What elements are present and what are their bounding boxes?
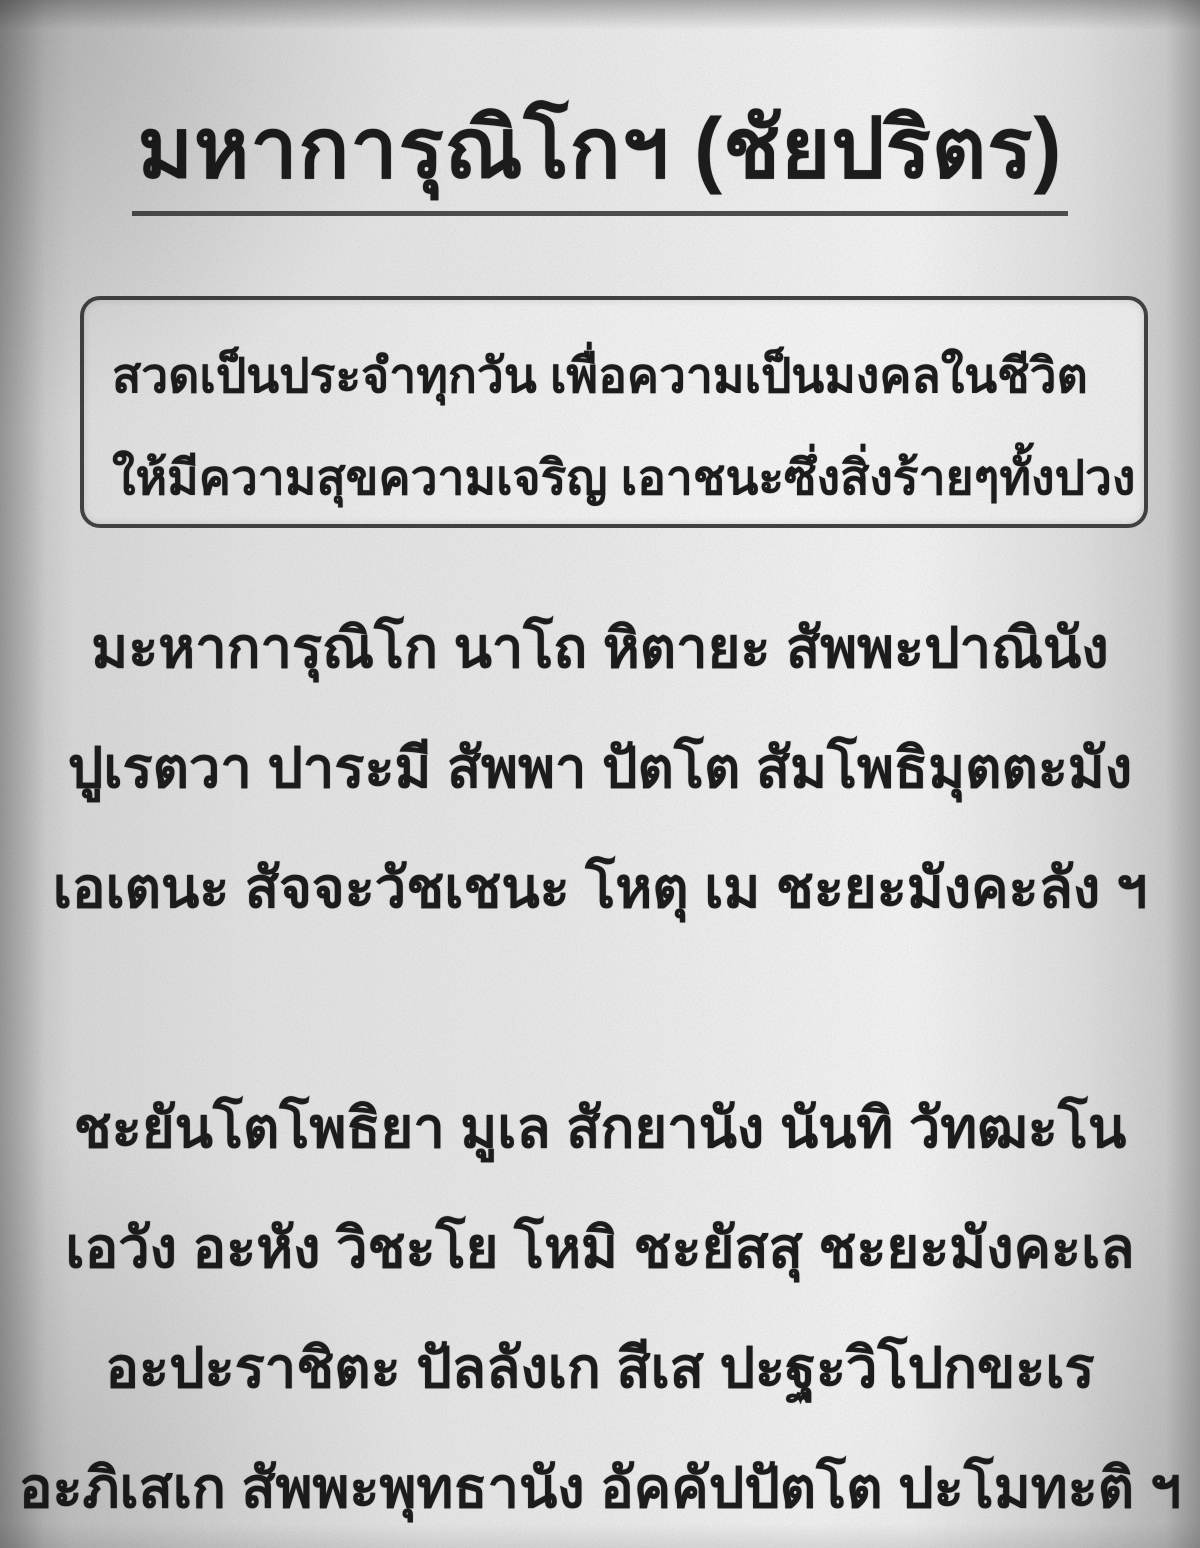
chant-line: เอเตนะ สัจจะวัชเชนะ โหตุ เม ชะยะมังคะลัง… [0,828,1200,948]
chant-line: เอวัง อะหัง วิชะโย โหมิ ชะยัสสุ ชะยะมังค… [0,1188,1200,1308]
page-title: มหาการุณิโกฯ (ชัยปริตร) [132,96,1069,216]
chant-line: ชะยันโตโพธิยา มูเล สักยานัง นันทิ วัทฒะโ… [0,1068,1200,1188]
chant-line: อะปะราชิตะ ปัลลังเก สีเส ปะฐะวิโปกขะเร [0,1308,1200,1428]
note-box: สวดเป็นประจำทุกวัน เพื่อความเป็นมงคลในชี… [80,296,1148,528]
paper-page: มหาการุณิโกฯ (ชัยปริตร) สวดเป็นประจำทุกว… [0,0,1200,1548]
note-line: ให้มีความสุขความเจริญ เอาชนะซึ่งสิ่งร้าย… [112,428,1116,530]
page-title-row: มหาการุณิโกฯ (ชัยปริตร) [0,96,1200,216]
note-line: สวดเป็นประจำทุกวัน เพื่อความเป็นมงคลในชี… [112,326,1116,428]
chant-stanza-2: ชะยันโตโพธิยา มูเล สักยานัง นันทิ วัทฒะโ… [0,1068,1200,1548]
chant-line: ปูเรตวา ปาระมี สัพพา ปัตโต สัมโพธิมุตตะม… [0,708,1200,828]
chant-line: อะภิเสเก สัพพะพุทธานัง อัคคัปปัตโต ปะโมท… [0,1428,1200,1548]
chant-line: มะหาการุณิโก นาโถ หิตายะ สัพพะปาณินัง [0,588,1200,708]
chant-stanza-1: มะหาการุณิโก นาโถ หิตายะ สัพพะปาณินัง ปู… [0,588,1200,948]
